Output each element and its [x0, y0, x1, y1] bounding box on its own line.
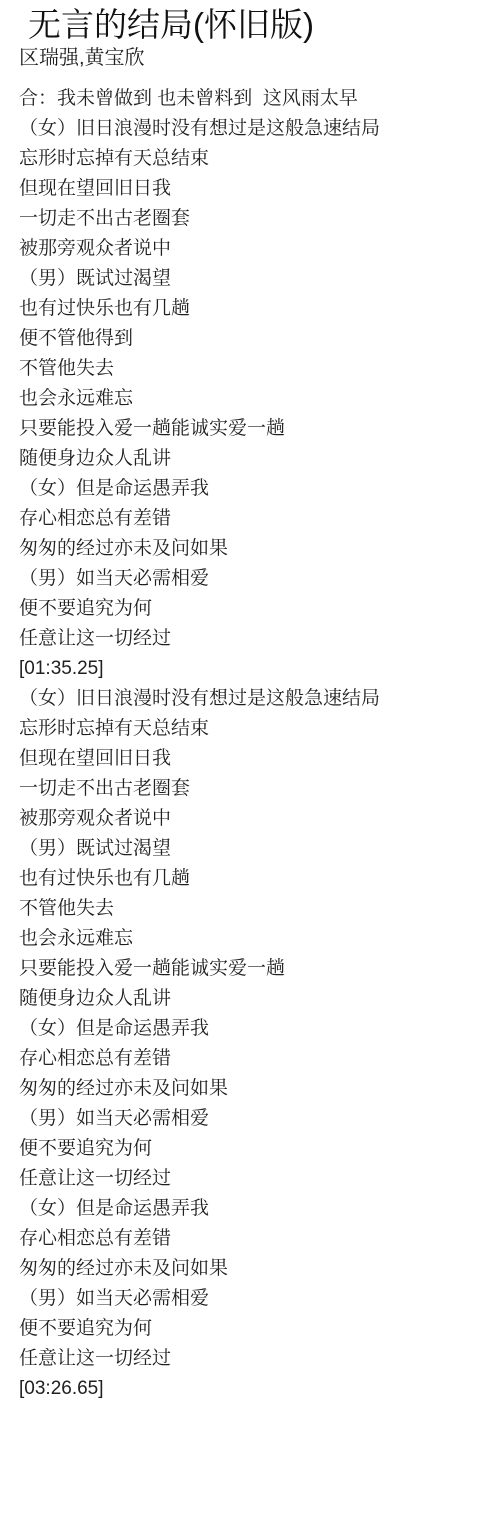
lyric-line: 也会永远难忘: [19, 384, 480, 414]
lyric-line: 存心相恋总有差错: [19, 1224, 480, 1254]
lyric-line: [03:26.65]: [19, 1374, 480, 1404]
lyric-line: 但现在望回旧日我: [19, 174, 480, 204]
lyric-line: 存心相恋总有差错: [19, 1044, 480, 1074]
lyric-line: 随便身边众人乱讲: [19, 444, 480, 474]
lyric-line: 不管他失去: [19, 894, 480, 924]
lyric-line: （女）旧日浪漫时没有想过是这般急速结局: [19, 684, 480, 714]
lyric-line: 任意让这一切经过: [19, 1344, 480, 1374]
lyrics-body: 合：我未曾做到 也未曾料到 这风雨太早（女）旧日浪漫时没有想过是这般急速结局忘形…: [19, 84, 480, 1404]
lyric-line: 便不要追究为何: [19, 1314, 480, 1344]
lyric-line: 任意让这一切经过: [19, 1164, 480, 1194]
lyric-line: （女）但是命运愚弄我: [19, 474, 480, 504]
lyric-line: 一切走不出古老圈套: [19, 774, 480, 804]
lyric-line: 便不管他得到: [19, 324, 480, 354]
lyric-line: 也有过快乐也有几趟: [19, 294, 480, 324]
lyric-line: 被那旁观众者说中: [19, 234, 480, 264]
lyric-line: 随便身边众人乱讲: [19, 984, 480, 1014]
lyric-line: （女）旧日浪漫时没有想过是这般急速结局: [19, 114, 480, 144]
lyric-line: 匆匆的经过亦未及问如果: [19, 1074, 480, 1104]
lyric-line: 被那旁观众者说中: [19, 804, 480, 834]
lyric-line: 一切走不出古老圈套: [19, 204, 480, 234]
lyric-line: 也会永远难忘: [19, 924, 480, 954]
lyric-line: 存心相恋总有差错: [19, 504, 480, 534]
lyrics-page: 无言的结局(怀旧版) 区瑞强,黄宝欣 合：我未曾做到 也未曾料到 这风雨太早（女…: [0, 0, 500, 1404]
lyric-line: 任意让这一切经过: [19, 624, 480, 654]
lyric-line: 匆匆的经过亦未及问如果: [19, 1254, 480, 1284]
lyric-line: 便不要追究为何: [19, 1134, 480, 1164]
song-artists: 区瑞强,黄宝欣: [19, 46, 480, 70]
lyric-line: 忘形时忘掉有天总结束: [19, 144, 480, 174]
lyric-line: 也有过快乐也有几趟: [19, 864, 480, 894]
lyric-line: （男）如当天必需相爱: [19, 564, 480, 594]
lyric-line: （男）如当天必需相爱: [19, 1104, 480, 1134]
lyric-line: （男）既试过渴望: [19, 264, 480, 294]
lyric-line: 匆匆的经过亦未及问如果: [19, 534, 480, 564]
lyric-line: [01:35.25]: [19, 654, 480, 684]
lyric-line: 只要能投入爱一趟能诚实爱一趟: [19, 414, 480, 444]
lyric-line: 便不要追究为何: [19, 594, 480, 624]
lyric-line: 忘形时忘掉有天总结束: [19, 714, 480, 744]
lyric-line: （男）如当天必需相爱: [19, 1284, 480, 1314]
song-title: 无言的结局(怀旧版): [28, 6, 480, 44]
lyric-line: （女）但是命运愚弄我: [19, 1014, 480, 1044]
lyric-line: （女）但是命运愚弄我: [19, 1194, 480, 1224]
lyric-line: 但现在望回旧日我: [19, 744, 480, 774]
lyric-line: 不管他失去: [19, 354, 480, 384]
lyric-line: （男）既试过渴望: [19, 834, 480, 864]
lyric-line: 合：我未曾做到 也未曾料到 这风雨太早: [19, 84, 480, 114]
lyric-line: 只要能投入爱一趟能诚实爱一趟: [19, 954, 480, 984]
